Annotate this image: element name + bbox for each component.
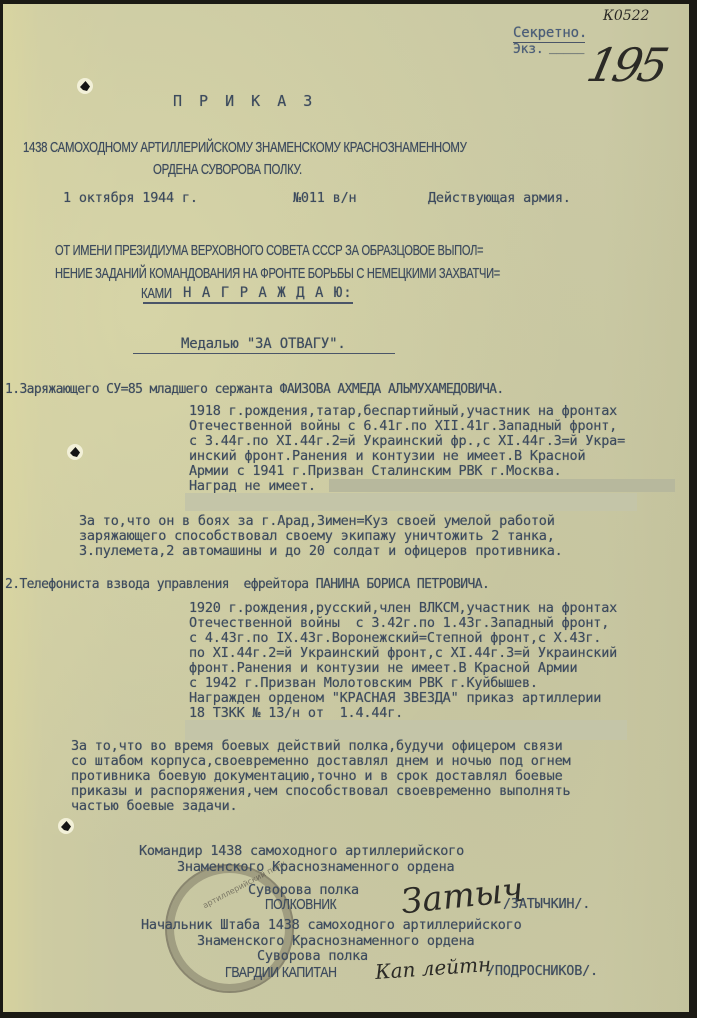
page-number-handwritten: 195 bbox=[582, 38, 669, 92]
redaction-bar bbox=[185, 493, 637, 511]
preamble-line-2: НЕНИЕ ЗАДАНИЙ КОМАНДОВАНИЯ НА ФРОНТЕ БОР… bbox=[55, 266, 500, 281]
awardee-1-citation-line: 3.пулемета,2 автомашины и до 20 солдат и… bbox=[79, 544, 563, 559]
preamble-line-1: ОТ ИМЕНИ ПРЕЗИДИУМА ВЕРХОВНОГО СОВЕТА СС… bbox=[55, 243, 483, 258]
chief-of-staff-title-line: Суворова полка bbox=[257, 949, 368, 964]
chief-of-staff-rank: ГВАРДИИ КАПИТАН bbox=[225, 965, 337, 980]
chief-of-staff-signature: Кап лейтн bbox=[374, 952, 492, 984]
medal-heading-underline bbox=[133, 353, 395, 354]
awardee-1-heading: 1.Заряжающего СУ=85 младшего сержанта ФА… bbox=[5, 382, 504, 397]
order-date: 1 октября 1944 г. bbox=[63, 191, 198, 206]
awardee-2-citation-line: частью боевые задачи. bbox=[71, 799, 237, 814]
order-location: Действующая армия. bbox=[428, 191, 571, 206]
redaction-bar bbox=[329, 479, 675, 492]
chief-of-staff-name: /ПОДРОСНИКОВ/. bbox=[487, 964, 598, 979]
commander-rank: ПОЛКОВНИК bbox=[265, 897, 336, 912]
commander-title-line: Командир 1438 самоходного артиллерийског… bbox=[139, 844, 464, 859]
order-number: №011 в/н bbox=[293, 191, 356, 206]
order-title: П Р И К А З bbox=[173, 94, 316, 109]
commander-name: /ЗАТЫЧКИН/. bbox=[503, 897, 590, 912]
document-page: Секретно. Экз. _____ К0522 195 П Р И К А… bbox=[3, 4, 689, 1012]
preamble-award-verb: Н А Г Р А Ж Д А Ю: bbox=[183, 286, 353, 301]
awardee-2-heading: 2.Телефониста взвода управления ефрейтор… bbox=[5, 577, 489, 592]
commander-title-line: Знаменского Краснознаменного ордена bbox=[177, 860, 454, 875]
addressee-line-1: 1438 САМОХОДНОМУ АРТИЛЛЕРИЙСКОМУ ЗНАМЕНС… bbox=[23, 140, 467, 155]
copy-label: Экз. bbox=[513, 42, 544, 57]
archive-reference: К0522 bbox=[603, 8, 649, 24]
chief-of-staff-title-line: Начальник Штаба 1438 самоходного артилле… bbox=[141, 918, 522, 933]
punch-hole bbox=[58, 818, 74, 834]
preamble-line-3-prefix: КАМИ bbox=[141, 286, 172, 301]
punch-hole bbox=[67, 444, 83, 460]
award-verb-underline bbox=[143, 302, 353, 304]
redaction-bar bbox=[185, 720, 627, 740]
medal-heading: Медалью "ЗА ОТВАГУ". bbox=[181, 337, 346, 352]
copy-blank: _____ bbox=[549, 40, 584, 55]
addressee-line-2: ОРДЕНА СУВОРОВА ПОЛКУ. bbox=[153, 162, 302, 177]
punch-hole bbox=[77, 78, 93, 94]
